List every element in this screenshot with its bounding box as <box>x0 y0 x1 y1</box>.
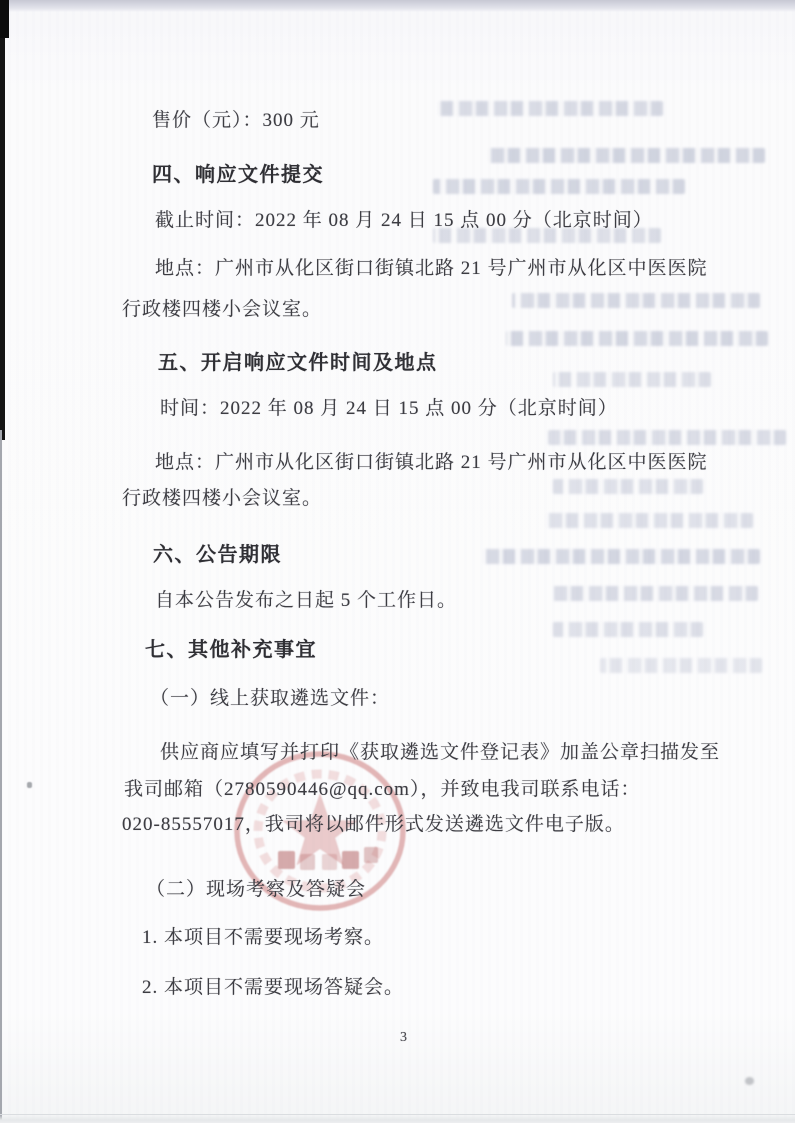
scan-edge-left-lower <box>0 430 2 1123</box>
submission-deadline: 截止时间：2022 年 08 月 24 日 15 点 00 分（北京时间） <box>155 205 653 232</box>
scan-speck <box>745 1077 754 1085</box>
bleedthrough-text-artifact <box>553 479 703 494</box>
sub1-heading: （一）线上获取遴选文件： <box>150 683 390 710</box>
bleedthrough-text-artifact <box>553 372 711 387</box>
opening-location-line1: 地点：广州市从化区街口街镇北路 21 号广州市从化区中医医院 <box>155 447 708 474</box>
bleedthrough-text-artifact <box>600 658 762 673</box>
page-number: 3 <box>400 1030 407 1046</box>
bleedthrough-text-artifact <box>553 586 758 601</box>
opening-time: 时间：2022 年 08 月 24 日 15 点 00 分（北京时间） <box>160 393 618 420</box>
bleedthrough-text-artifact <box>548 430 786 445</box>
price-line: 售价（元）：300 元 <box>152 105 320 132</box>
bleedthrough-text-artifact <box>512 293 760 308</box>
opening-location-line2: 行政楼四楼小会议室。 <box>122 483 322 510</box>
bleedthrough-text-artifact <box>487 148 765 163</box>
sub2-item2: 2. 本项目不需要现场答疑会。 <box>142 972 404 999</box>
sub1-line2: 我司邮箱（2780590446@qq.com），并致电我司联系电话： <box>124 774 640 801</box>
sub1-line3: 020-85557017，我司将以邮件形式发送遴选文件电子版。 <box>122 809 625 836</box>
sub1-line1: 供应商应填写并打印《获取遴选文件登记表》加盖公章扫描发至 <box>160 737 720 764</box>
scan-edge-top <box>0 0 795 12</box>
submission-location-line2: 行政楼四楼小会议室。 <box>122 294 322 321</box>
bleedthrough-text-artifact <box>433 179 685 194</box>
scan-edge-bottom <box>0 1114 795 1123</box>
section-4-heading: 四、响应文件提交 <box>152 158 324 187</box>
scan-speck <box>27 782 32 788</box>
section-7-heading: 七、其他补充事宜 <box>145 633 317 662</box>
section-5-heading: 五、开启响应文件时间及地点 <box>158 346 438 375</box>
sub2-item1: 1. 本项目不需要现场考察。 <box>142 922 384 949</box>
bleedthrough-text-artifact <box>506 331 768 346</box>
bleedthrough-text-artifact <box>545 513 753 528</box>
scan-edge-corner <box>0 0 9 38</box>
bleedthrough-text-artifact <box>553 622 703 637</box>
notice-period-body: 自本公告发布之日起 5 个工作日。 <box>155 585 457 612</box>
scanned-document-page: 售价（元）：300 元 四、响应文件提交 截止时间：2022 年 08 月 24… <box>0 0 795 1123</box>
sub2-heading: （二）现场考察及答疑会 <box>146 874 366 901</box>
submission-location-line1: 地点：广州市从化区街口街镇北路 21 号广州市从化区中医医院 <box>155 253 708 280</box>
seal-name-characters <box>278 847 378 870</box>
section-6-heading: 六、公告期限 <box>153 538 282 567</box>
bleedthrough-text-artifact <box>438 101 663 116</box>
bleedthrough-text-artifact <box>482 549 760 564</box>
scan-edge-left <box>0 0 5 440</box>
